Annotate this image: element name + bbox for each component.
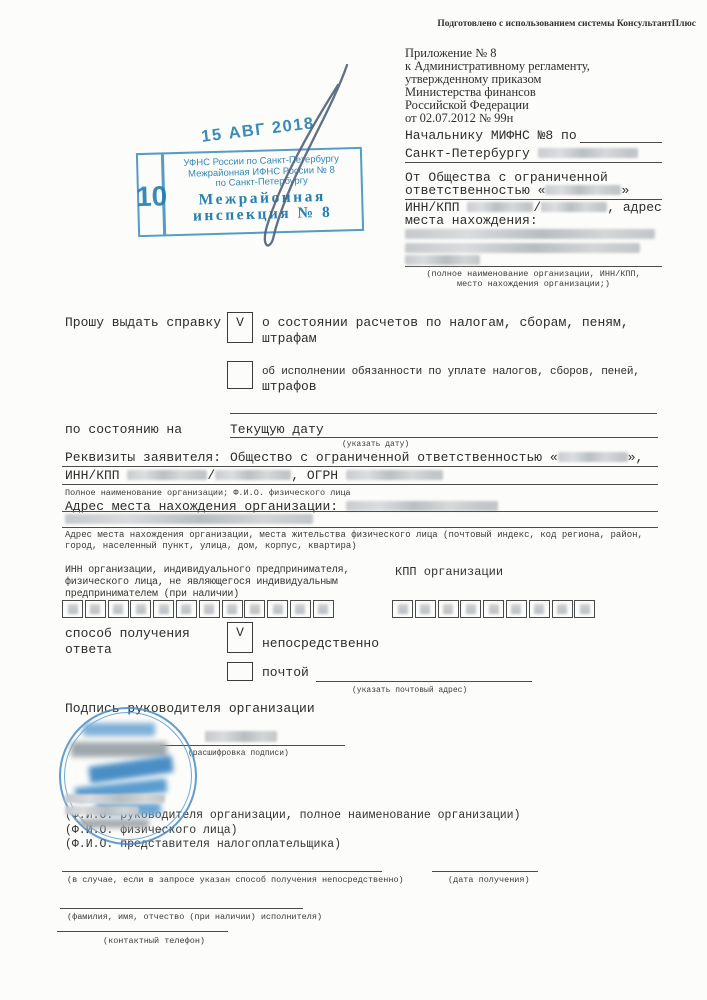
applicant-name-prefix: Общество с ограниченной ответственностью…: [230, 450, 558, 465]
redacted-company-name: [545, 185, 621, 195]
kpp-digit-cell: [552, 600, 573, 618]
inn-grid-label3: предпринимателем (при наличии): [65, 589, 239, 600]
applicant-caption: Полное наименование организации; Ф.И.О. …: [65, 488, 351, 498]
addressee-city: Санкт-Петербургу: [405, 146, 530, 161]
address-caption1: Адрес места нахождения организации, мест…: [65, 530, 643, 540]
applicant-inn-label: ИНН/КПП: [65, 468, 127, 483]
redacted-address-line: [405, 229, 655, 239]
delivery-hint: (указать почтовый адрес): [352, 686, 467, 695]
field-line: [405, 266, 662, 267]
applicant-name-suffix: »,: [628, 450, 644, 465]
inn-digit-cell: [153, 600, 174, 618]
redacted-kpp: [215, 470, 291, 480]
kpp-digit-cell: [574, 600, 595, 618]
delivery-checkbox-by-mail: [227, 662, 253, 681]
inn-digit-cell: [244, 600, 265, 618]
delivery-option-by-mail: почтой: [262, 666, 309, 681]
kpp-digit-cell: [529, 600, 550, 618]
field-line: [62, 527, 658, 528]
inn-digit-cell: [267, 600, 288, 618]
request-option2-line1: об исполнении обязанности по уплате нало…: [262, 366, 640, 379]
request-option1-line1: о состоянии расчетов по налогам, сборам,…: [262, 316, 629, 331]
kpp-digit-cell: [483, 600, 504, 618]
from-caption2: место нахождения организации;): [405, 279, 662, 289]
field-line: [405, 162, 662, 163]
redacted-signatory-name: [205, 731, 277, 742]
kpp-digit-cell: [415, 600, 436, 618]
from-line2-prefix: ответственностью «: [405, 183, 545, 198]
receipt-caption: (в случае, если в запросе указан способ …: [67, 875, 404, 885]
stamp-number: 10: [136, 180, 165, 213]
field-line: [230, 413, 657, 414]
appendix-line: от 02.07.2012 № 99н: [405, 112, 590, 125]
as-of-label: по состоянию на: [65, 423, 182, 438]
inn-digit-cell: [85, 600, 106, 618]
applicant-label: Реквизиты заявителя:: [65, 451, 221, 466]
redacted-ogrn: [346, 470, 443, 480]
receipt-date-caption: (дата получения): [448, 875, 530, 885]
request-label: Прошу выдать справку: [65, 316, 221, 331]
delivery-option-in-person: непосредственно: [262, 637, 379, 652]
redacted-address: [346, 501, 498, 511]
field-line: [62, 466, 658, 467]
inn-grid-label1: ИНН организации, индивидуального предпри…: [65, 565, 349, 576]
field-line: [62, 511, 658, 512]
inn-digit-cell: [176, 600, 197, 618]
delivery-label2: ответа: [65, 643, 112, 658]
redacted-text-line: [65, 794, 165, 803]
addressee-line2: Санкт-Петербургу: [405, 147, 638, 162]
kpp-digit-cell: [392, 600, 413, 618]
field-line: [62, 871, 382, 872]
redacted-inn: [467, 202, 533, 212]
from-line2: ответственностью «»: [405, 184, 629, 199]
from-caption1: (полное наименование организации, ИНН/КП…: [405, 269, 662, 279]
address-caption2: город, населенный пункт, улица, дом, кор…: [65, 541, 357, 551]
certificate-type-checkbox-settlements: V: [227, 312, 253, 343]
applicant-inn-separator: /: [207, 468, 215, 483]
appendix-header: Приложение № 8 к Административному регла…: [405, 47, 590, 125]
inn-cell-grid: [62, 600, 334, 618]
redacted-inn: [127, 470, 207, 480]
delivery-label1: способ получения: [65, 627, 190, 642]
redacted-text-line: [65, 806, 139, 815]
request-option1-line2: штрафам: [262, 332, 317, 347]
addressee-line1: Начальнику МИФНС №8 по: [405, 129, 577, 144]
field-line: [580, 142, 662, 143]
field-line: [230, 437, 658, 438]
applicant-ogrn-label: , ОГРН: [291, 468, 346, 483]
redacted-address-line: [405, 255, 480, 265]
address-intro-label: места нахождения:: [405, 214, 538, 229]
inn-digit-cell: [222, 600, 243, 618]
delivery-checkbox-in-person: V: [227, 622, 253, 653]
kpp-digit-cell: [438, 600, 459, 618]
inn-digit-cell: [313, 600, 334, 618]
executor-caption: (фамилия, имя, отчество (при наличии) ис…: [67, 912, 322, 922]
redacted-official-name: [538, 148, 638, 158]
field-line: [316, 681, 532, 682]
kpp-digit-cell: [460, 600, 481, 618]
kpp-digit-cell: [506, 600, 527, 618]
applicant-inn-ogrn-line: ИНН/КПП /, ОГРН: [65, 469, 443, 484]
as-of-value: Текущую дату: [230, 423, 324, 438]
phone-caption: (контактный телефон): [103, 936, 205, 946]
certificate-type-checkbox-obligation: [227, 361, 253, 389]
applicant-address-line: Адрес места нахождения организации:: [65, 500, 498, 515]
field-line: [57, 931, 228, 932]
inn-kpp-suffix: , адрес: [607, 200, 662, 215]
kpp-cell-grid: [392, 600, 595, 618]
inn-digit-cell: [108, 600, 129, 618]
applicant-name-line: Общество с ограниченной ответственностью…: [230, 451, 643, 466]
redacted-address-line: [65, 514, 313, 524]
redacted-address-line: [405, 243, 640, 253]
field-line: [432, 871, 538, 872]
pen-stroke-mark: [248, 53, 358, 258]
as-of-hint: (указать дату): [342, 440, 409, 449]
redacted-company-name: [558, 452, 628, 462]
kpp-grid-label: КПП организации: [395, 565, 503, 579]
inn-digit-cell: [199, 600, 220, 618]
field-line: [62, 484, 658, 485]
inn-grid-label2: физического лица, не являющегося индивид…: [65, 577, 338, 588]
inn-digit-cell: [130, 600, 151, 618]
signature-hint: (расшифровка подписи): [188, 749, 289, 758]
redacted-kpp: [541, 202, 607, 212]
request-option2-line2: штрафов: [262, 380, 317, 395]
field-line: [60, 908, 303, 909]
inn-digit-cell: [290, 600, 311, 618]
from-line2-suffix: »: [621, 183, 629, 198]
inn-digit-cell: [62, 600, 83, 618]
scanned-tax-certificate-request-form: Подготовлено с использованием системы Ко…: [0, 0, 707, 1000]
company-seal: [59, 707, 197, 845]
consultantplus-watermark: Подготовлено с использованием системы Ко…: [437, 19, 696, 29]
